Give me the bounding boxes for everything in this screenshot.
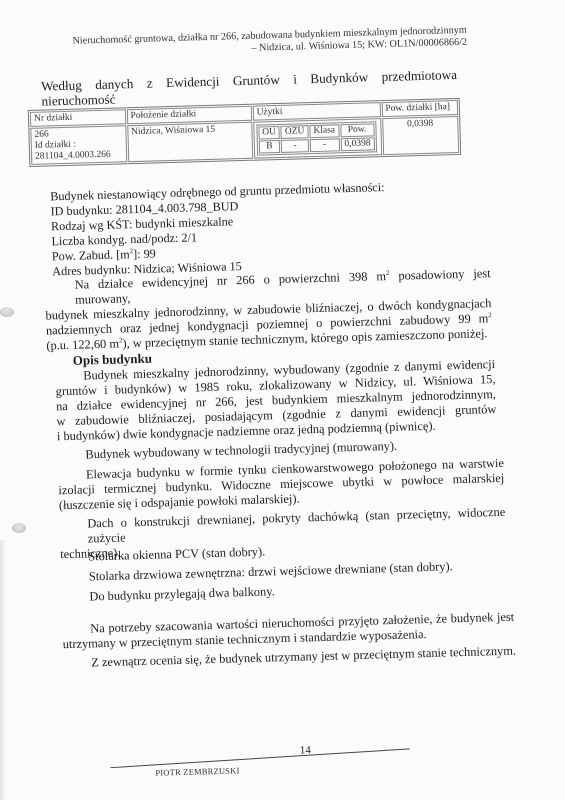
- cell-uses: OU OZU Klasa Pow. B - - 0,0398: [253, 118, 382, 159]
- col-header-nr: Nr działki: [30, 109, 126, 127]
- sub-cell-ou: B: [258, 140, 280, 154]
- uses-subtable: OU OZU Klasa Pow. B - - 0,0398: [256, 121, 377, 155]
- cell-location: Nidzica, Wiśniowa 15: [127, 122, 253, 162]
- sub-header-ozu: OZU: [281, 125, 309, 139]
- footer-rule: [110, 748, 409, 768]
- author-name: PIOTR ZEMBRZUSKI: [155, 765, 239, 777]
- cell-area: 0,0398: [382, 116, 459, 155]
- sub-header-ou: OU: [258, 126, 280, 140]
- col-header-area: Pow. działki [ha]: [381, 100, 458, 117]
- page-number: 14: [300, 744, 311, 756]
- sub-header-pow: Pow.: [340, 123, 374, 137]
- sub-cell-pow: 0,0398: [340, 137, 374, 151]
- sub-header-klasa: Klasa: [309, 124, 339, 138]
- land-register-table: Nr działki Położenie działki Użytki Pow.…: [28, 98, 461, 167]
- sub-cell-ozu: -: [281, 139, 309, 153]
- building-info: Budynek niestanowiący odrębnego od grunt…: [50, 180, 387, 279]
- page-header: Nieruchomość gruntowa, działka nr 266, z…: [72, 25, 467, 60]
- summary-paragraph: Na działce ewidencyjnej nr 266 o powierz…: [45, 266, 493, 353]
- description-paragraph-3: Elewacja budynku w formie tynku cienkowa…: [58, 456, 505, 513]
- sub-cell-klasa: -: [310, 138, 340, 152]
- description-paragraph-1: Budynek mieszkalny jednorodzinny, wybudo…: [55, 357, 497, 444]
- parcel-id-value: 281104_4.0003.266: [35, 149, 123, 162]
- document-page: Nieruchomość gruntowa, działka nr 266, z…: [0, 0, 565, 800]
- cell-nr: 266 Id działki : 281104_4.0003.266: [30, 125, 127, 165]
